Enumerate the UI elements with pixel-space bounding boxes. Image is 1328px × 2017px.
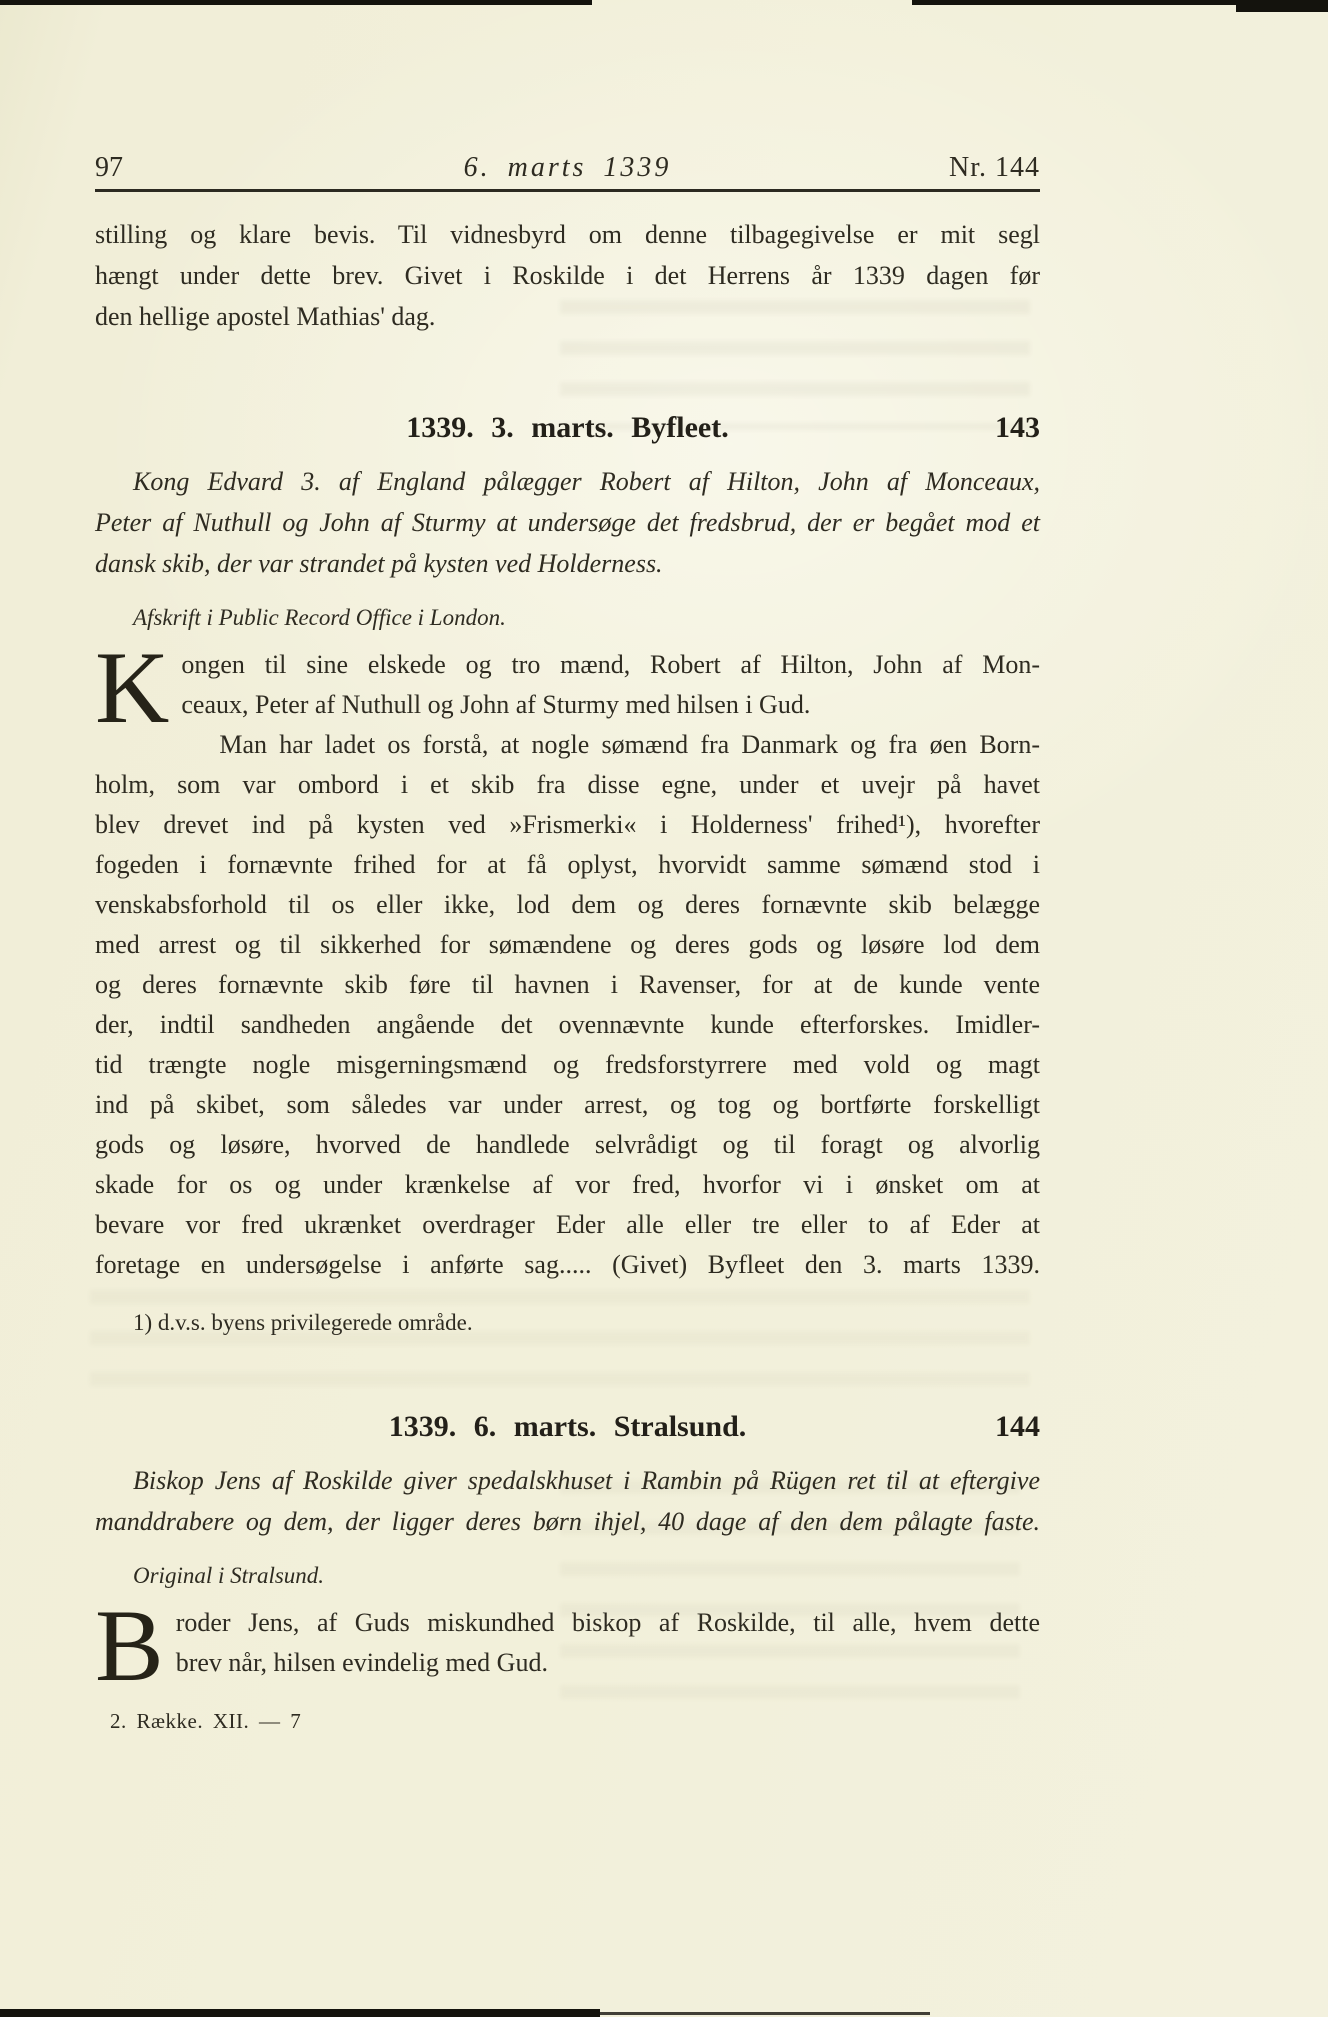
book-page-scan: 97 6. marts 1339 Nr. 144 stilling og kla…: [0, 0, 1328, 2017]
scan-edge-top-corner: [1236, 0, 1328, 12]
entry-143-heading: 1339. 3. marts. Byfleet. 143: [95, 411, 1040, 445]
entry-144-opening-lines: roder Jens, af Guds miskundhed biskop af…: [95, 1603, 1040, 1683]
entry-143-number: 143: [995, 411, 1040, 445]
page-header: 97 6. marts 1339 Nr. 144: [95, 150, 1040, 184]
dropcap-k: K: [95, 649, 169, 731]
running-title: 6. marts 1339: [95, 152, 1040, 184]
header-rule: [95, 189, 1040, 192]
entry-144-number: 144: [995, 1410, 1040, 1444]
scan-edge-bottom-tail: [600, 2012, 930, 2015]
entry-143-opening-lines: ongen til sine elskede og tro mænd, Robe…: [95, 645, 1040, 725]
page-content: 97 6. marts 1339 Nr. 144 stilling og kla…: [95, 150, 1040, 1734]
entry-144-summary: Biskop Jens af Roskilde giver spedalskhu…: [95, 1460, 1040, 1542]
entry-143-source: Afskrift i Public Record Office i London…: [133, 603, 1040, 633]
entry-144-heading: 1339. 6. marts. Stralsund. 144: [95, 1410, 1040, 1444]
footnote-1: 1) d.v.s. byens privilegerede område.: [133, 1310, 1040, 1336]
entry-143-summary: Kong Edvard 3. af England pålægger Rober…: [95, 461, 1040, 584]
dropcap-b: B: [95, 1607, 164, 1689]
signature-footer: 2. Række. XII. — 7: [110, 1709, 1040, 1734]
scan-edge-bottom-left: [0, 2009, 600, 2017]
issue-ref: Nr. 144: [949, 152, 1040, 184]
entry-144-title: 1339. 6. marts. Stralsund.: [95, 1410, 1040, 1444]
entry-144-source: Original i Stralsund.: [133, 1561, 1040, 1591]
entry-143-body: Man har ladet os forstå, at nogle sømænd…: [95, 725, 1040, 1285]
entry-144-opening: B roder Jens, af Guds miskundhed biskop …: [95, 1603, 1040, 1683]
entry-143-title: 1339. 3. marts. Byfleet.: [95, 411, 1040, 445]
entry-143-opening: K ongen til sine elskede og tro mænd, Ro…: [95, 645, 1040, 725]
lead-paragraph: stilling og klare bevis. Til vidnesbyrd …: [95, 214, 1040, 337]
scan-edge-top-left: [0, 0, 592, 5]
